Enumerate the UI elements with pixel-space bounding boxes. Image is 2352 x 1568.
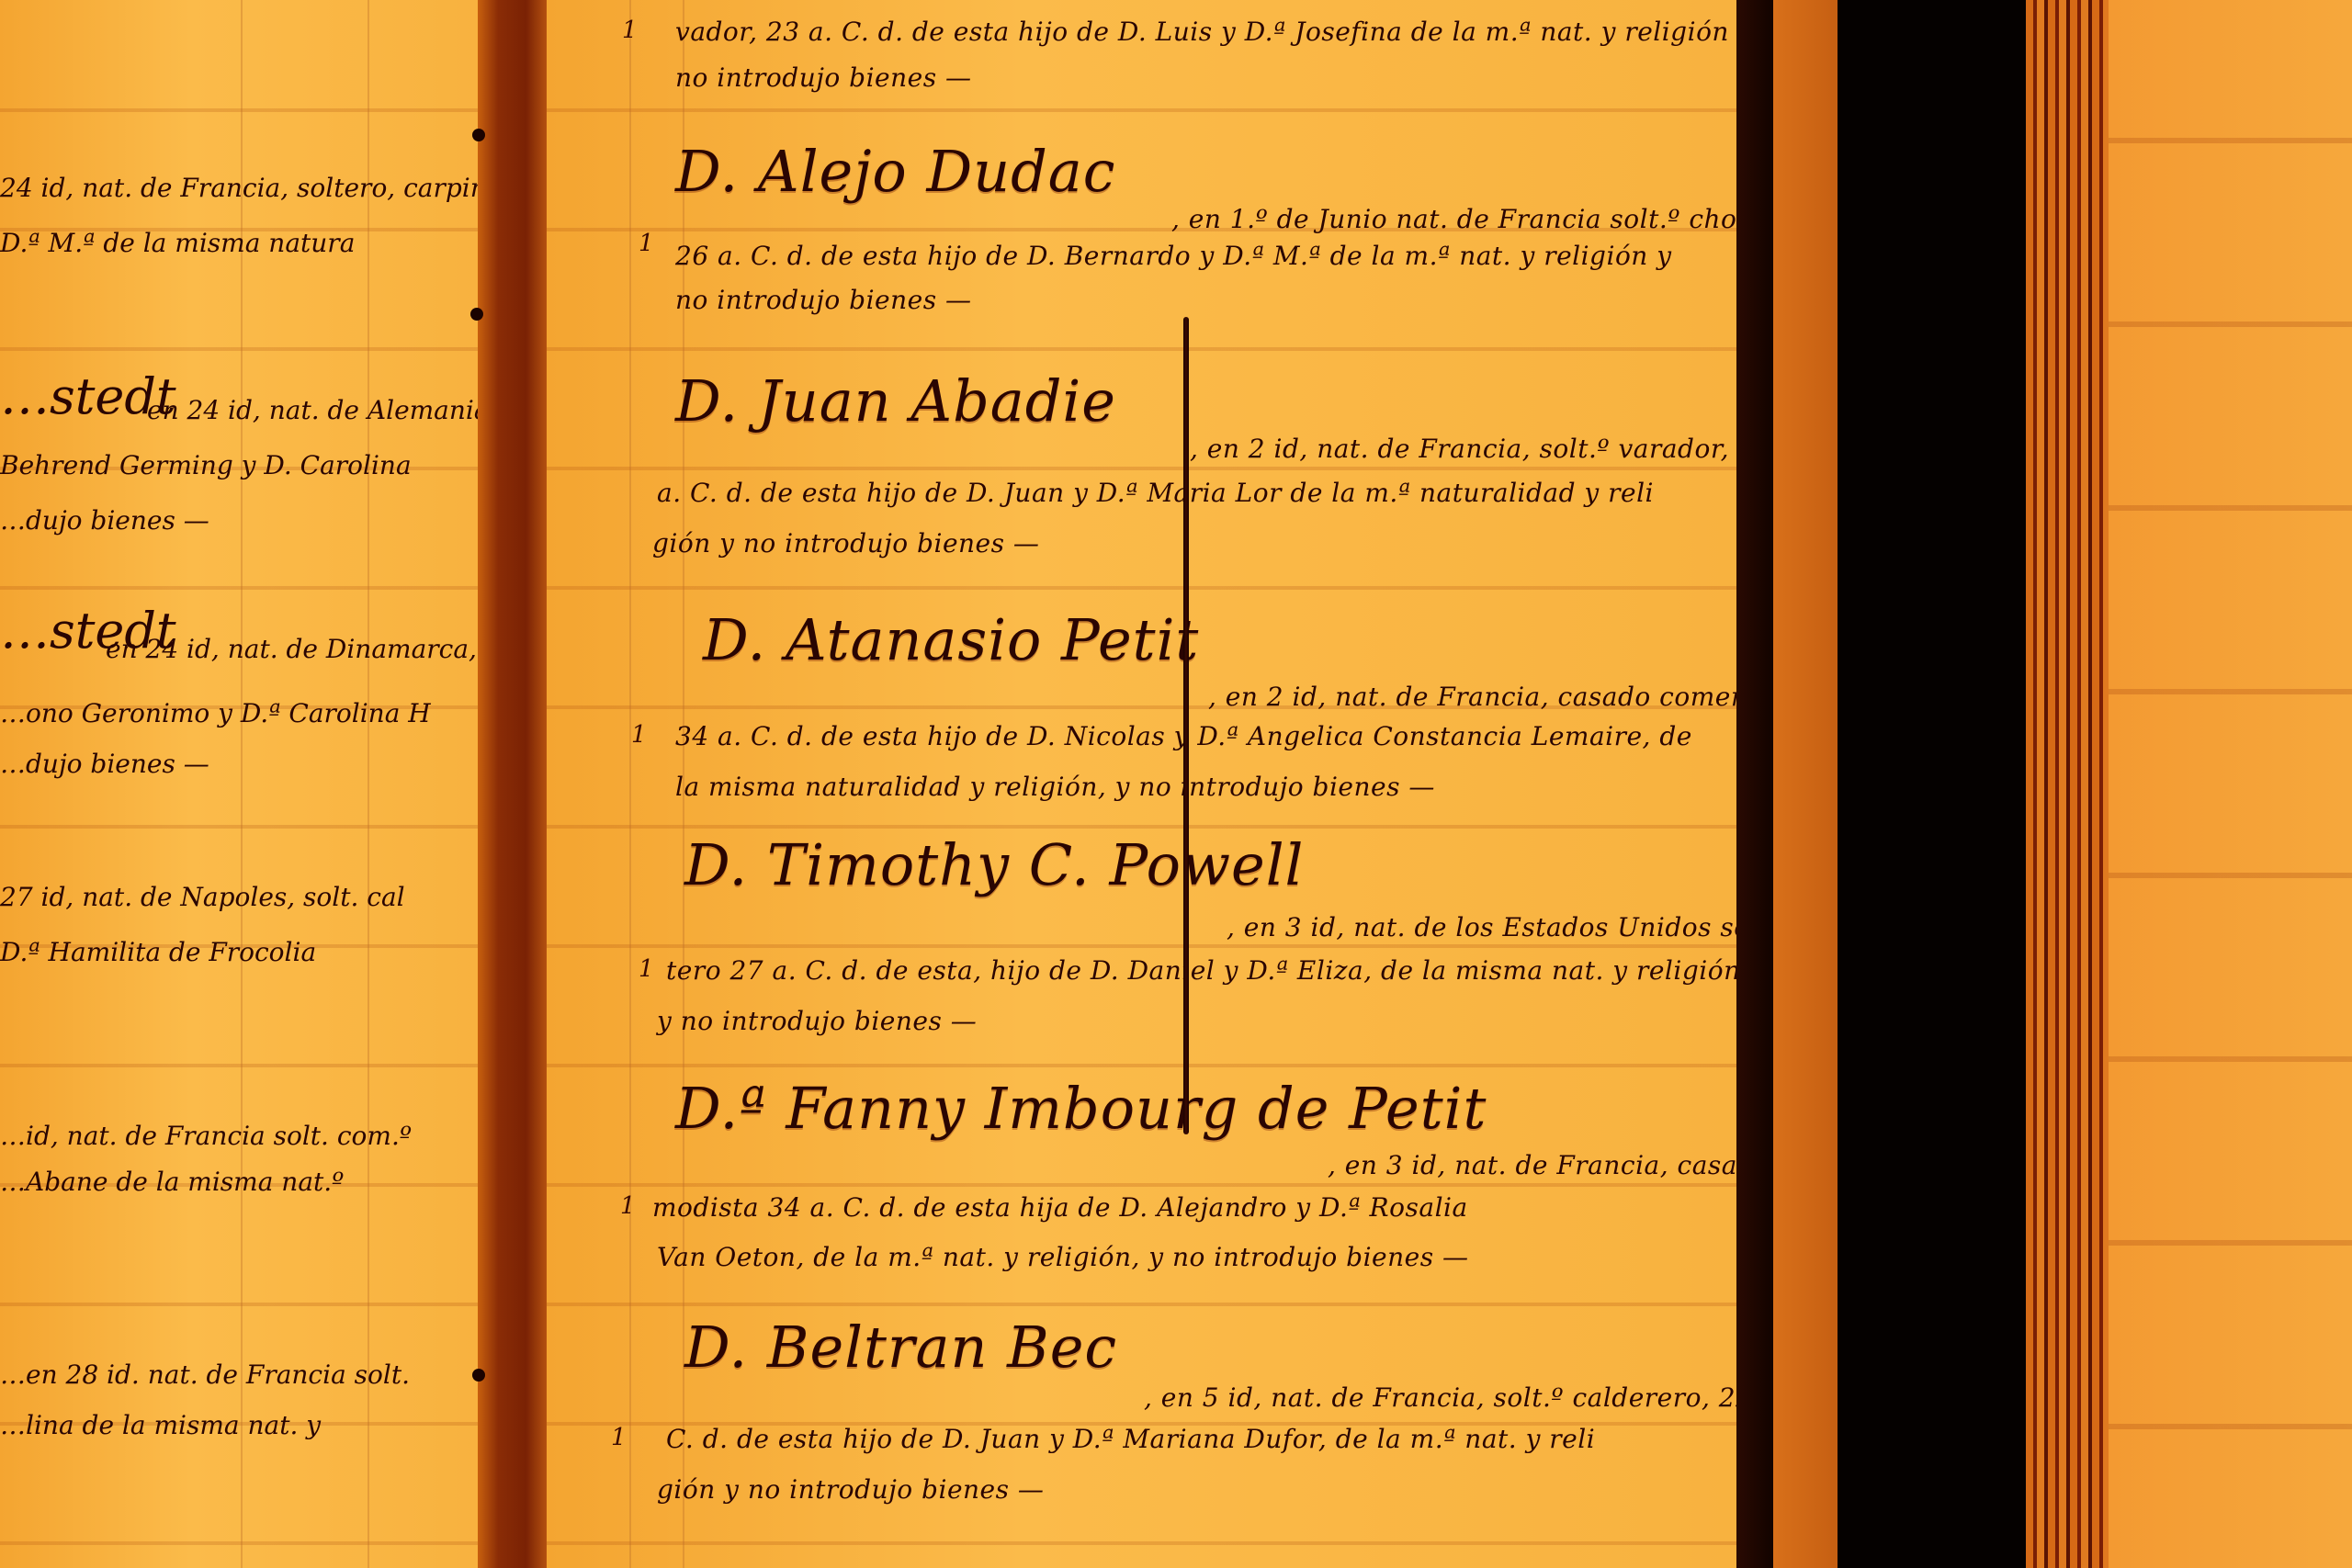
left-fragment-line: en 24 id, nat. de Alemania [147,395,490,425]
main-page: 1 vador, 23 a. C. d. de esta hijo de D. … [547,0,1736,1568]
column-rule [367,0,369,1568]
binding-strip [478,0,547,1568]
entry-details-line-2: modista 34 a. C. d. de esta hija de D. A… [652,1192,1468,1223]
ink-blot [470,308,483,321]
entry-details-line-3: la misma naturalidad y religión, y no in… [675,772,1435,802]
book-gutter [1837,0,2026,1568]
entry-details-line-2: a. C. d. de esta hijo de D. Juan y D.ª M… [657,478,1654,508]
left-fragment-line: …id, nat. de Francia solt. com.º [0,1121,412,1151]
ink-blot [472,1369,485,1382]
left-fragment-line: …Abane de la misma nat.º [0,1167,344,1197]
left-fragment-line: D.ª Hamilita de Frocolia [0,937,316,967]
entry-details-line-3: gión y no introdujo bienes — [657,1474,1044,1505]
vertical-ink-line [1183,317,1189,1134]
left-fragment-line: 27 id, nat. de Napoles, solt. cal [0,882,405,912]
flyleaf-strip [1773,0,1837,1568]
entry-name: D. Atanasio Petit [703,606,1199,673]
entry-details-line-1: , en 3 id, nat. de Francia, casada, [1328,1150,1779,1180]
page-edge-shadow [1736,0,1773,1568]
entry-name: D. Juan Abadie [675,367,1116,434]
left-fragment-line: …lina de la misma nat. y [0,1410,321,1440]
entry-details-line-3: y no introdujo bienes — [657,1006,977,1036]
margin-rule [629,0,631,1568]
margin-mark: 1 [639,955,654,983]
left-fragment-line: D.ª M.ª de la misma natura [0,228,355,258]
carryover-line-2: no introdujo bienes — [675,62,972,93]
entry-details-line-1: , en 5 id, nat. de Francia, solt.º calde… [1144,1382,1785,1413]
entry-details-line-2: 26 a. C. d. de esta hijo de D. Bernardo … [675,241,1672,271]
left-fragment-line: Behrend Germing y D. Carolina [0,450,412,480]
margin-mark: 1 [611,1424,627,1451]
entry-details-line-1: , en 2 id, nat. de Francia, solt.º varad… [1190,434,1771,464]
margin-mark: 1 [639,230,654,257]
entry-name: D. Timothy C. Powell [684,831,1304,898]
ink-blot [472,129,485,141]
left-fragment-line: 24 id, nat. de Francia, soltero, carpint… [0,173,505,203]
entry-details-line-2: tero 27 a. C. d. de esta, hijo de D. Dan… [666,955,1741,986]
entry-name: D. Alejo Dudac [675,138,1115,205]
left-page: 24 id, nat. de Francia, soltero, carpint… [0,0,478,1568]
entry-details-line-2: C. d. de esta hijo de D. Juan y D.ª Mari… [666,1424,1595,1454]
page-stack-edges [2026,0,2109,1568]
carryover-line-1: vador, 23 a. C. d. de esta hijo de D. Lu… [675,17,1753,47]
entry-name: D. Beltran Bec [684,1314,1117,1381]
entry-details-line-3: Van Oeton, de la m.ª nat. y religión, y … [657,1242,1469,1272]
margin-mark: 1 [622,17,638,44]
left-fragment-line: …en 28 id. nat. de Francia solt. [0,1359,410,1390]
margin-mark: 1 [631,721,647,749]
entry-details-line-3: no introdujo bienes — [675,285,972,315]
margin-mark: 1 [620,1192,636,1220]
entry-name: D.ª Fanny Imbourg de Petit [675,1075,1487,1142]
left-fragment-line: …ono Geronimo y D.ª Carolina H [0,698,431,728]
left-fragment-line: …dujo bienes — [0,749,209,779]
right-page [2109,0,2352,1568]
entry-details-line-3: gión y no introdujo bienes — [652,528,1039,558]
left-fragment-line: …dujo bienes — [0,505,209,536]
left-fragment-line: en 24 id, nat. de Dinamarca, [106,634,477,664]
